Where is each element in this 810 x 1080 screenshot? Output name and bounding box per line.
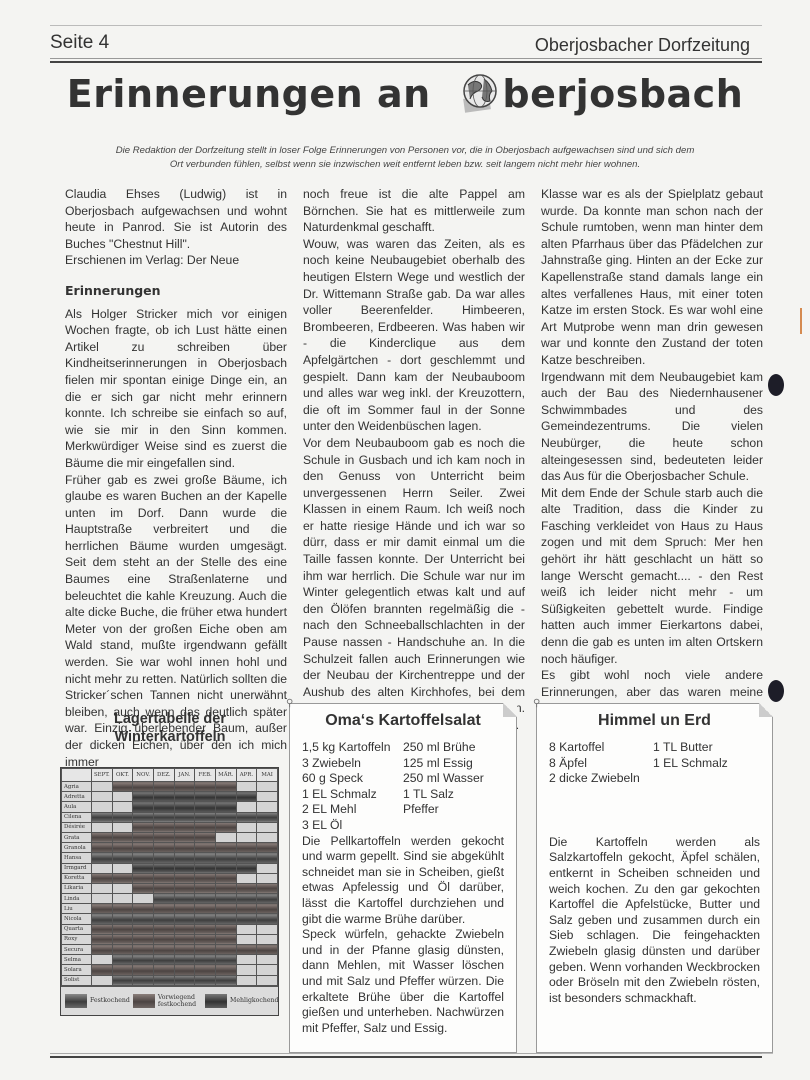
- paragraph: Als Holger Stricker mich vor einigen Woc…: [65, 306, 287, 472]
- intro-text: Die Redaktion der Dorfzeitung stellt in …: [110, 144, 700, 172]
- storage-cell-active: [92, 904, 113, 914]
- punch-hole: [768, 680, 784, 702]
- ingredient: 125 ml Essig: [403, 756, 504, 772]
- storage-cell-active: [174, 945, 195, 955]
- storage-cell-active: [92, 914, 113, 924]
- variety-name: Selma: [62, 955, 92, 965]
- storage-table: SEPT.OKT.NOV.DEZ.JAN.FEB.MÄR.APR.MAI Agr…: [60, 767, 279, 1016]
- pin-icon: ⚲: [533, 698, 540, 709]
- storage-cell-active: [215, 863, 236, 873]
- storage-cell-active: [133, 843, 154, 853]
- storage-cell-empty: [92, 975, 113, 985]
- storage-cell-active: [257, 883, 278, 893]
- storage-cell-empty: [236, 822, 257, 832]
- ingredients-right: 250 ml Brühe125 ml Essig250 ml Wasser1 T…: [403, 740, 504, 834]
- legend-swatch: [65, 994, 87, 1008]
- storage-cell-active: [112, 975, 133, 985]
- legend-item: Vorwiegend festkochend: [133, 994, 202, 1008]
- storage-cell-active: [174, 883, 195, 893]
- storage-cell-active: [215, 975, 236, 985]
- storage-cell-active: [174, 843, 195, 853]
- recipe-title: Oma‘s Kartoffelsalat: [290, 712, 516, 730]
- storage-cell-active: [133, 924, 154, 934]
- storage-cell-active: [174, 832, 195, 842]
- storage-cell-active: [133, 853, 154, 863]
- storage-cell-empty: [236, 802, 257, 812]
- storage-cell-empty: [257, 873, 278, 883]
- storage-cell-active: [133, 822, 154, 832]
- month-header: SEPT.: [92, 769, 113, 782]
- title-part2: berjosbach: [502, 72, 743, 116]
- storage-cell-active: [215, 782, 236, 792]
- storage-cell-active: [174, 894, 195, 904]
- storage-cell-active: [174, 965, 195, 975]
- ingredient: 3 EL Öl: [302, 818, 403, 834]
- storage-cell-active: [195, 822, 216, 832]
- paragraph: Vor dem Neubauboom gab es noch die Schul…: [303, 435, 525, 734]
- storage-cell-active: [153, 894, 174, 904]
- header-rule-thin: [50, 58, 762, 59]
- table-row: Hansa: [62, 853, 278, 863]
- storage-cell-active: [112, 955, 133, 965]
- storage-cell-active: [174, 914, 195, 924]
- storage-cell-active: [92, 924, 113, 934]
- ingredient: 1,5 kg Kartoffeln: [302, 740, 403, 756]
- table-row: Solara: [62, 965, 278, 975]
- legend-item: Festkochend: [65, 994, 130, 1008]
- table-row: Solist: [62, 975, 278, 985]
- paragraph: Mit dem Ende der Schule starb auch die a…: [541, 485, 763, 668]
- storage-cell-active: [133, 934, 154, 944]
- storage-cell-active: [112, 843, 133, 853]
- storage-cell-active: [215, 812, 236, 822]
- storage-cell-empty: [236, 965, 257, 975]
- storage-cell-active: [215, 904, 236, 914]
- table-row: Cilena: [62, 812, 278, 822]
- storage-cell-active: [174, 934, 195, 944]
- storage-cell-empty: [257, 832, 278, 842]
- table-row: Secura: [62, 945, 278, 955]
- variety-name: Irmgard: [62, 863, 92, 873]
- storage-cell-active: [153, 792, 174, 802]
- storage-cell-active: [153, 883, 174, 893]
- legend-label: Vorwiegend festkochend: [158, 994, 202, 1008]
- storage-cell-active: [92, 812, 113, 822]
- storage-cell-active: [153, 822, 174, 832]
- storage-cell-empty: [92, 894, 113, 904]
- storage-cell-empty: [92, 782, 113, 792]
- storage-cell-active: [92, 832, 113, 842]
- month-header: APR.: [236, 769, 257, 782]
- storage-cell-active: [153, 955, 174, 965]
- storage-cell-empty: [236, 955, 257, 965]
- storage-cell-empty: [112, 822, 133, 832]
- storage-cell-active: [112, 812, 133, 822]
- table-row: Adretta: [62, 792, 278, 802]
- month-header: FEB.: [195, 769, 216, 782]
- storage-cell-active: [153, 904, 174, 914]
- storage-cell-active: [195, 843, 216, 853]
- storage-cell-active: [236, 863, 257, 873]
- month-header: DEZ.: [153, 769, 174, 782]
- storage-cell-active: [236, 914, 257, 924]
- storage-cell-active: [153, 832, 174, 842]
- table-row: Nicola: [62, 914, 278, 924]
- variety-name: Secura: [62, 945, 92, 955]
- ingredient: 1 EL Schmalz: [302, 787, 403, 803]
- title-part1: Erinnerungen an: [67, 72, 431, 116]
- storage-cell-active: [112, 914, 133, 924]
- month-header: MÄR.: [215, 769, 236, 782]
- variety-name: Likaria: [62, 883, 92, 893]
- page-header: Seite 4 Oberjosbacher Dorfzeitung: [50, 30, 762, 60]
- storage-cell-active: [257, 945, 278, 955]
- storage-cell-empty: [92, 955, 113, 965]
- variety-name: Hansa: [62, 853, 92, 863]
- ingredients-right: 1 TL Butter1 EL Schmalz: [653, 740, 760, 787]
- publisher-note: Erschienen im Verlag: Der Neue: [65, 252, 287, 269]
- storage-cell-active: [133, 832, 154, 842]
- storage-cell-active: [133, 863, 154, 873]
- storage-cell-empty: [215, 832, 236, 842]
- ingredient: 8 Äpfel: [549, 756, 653, 772]
- storage-cell-active: [257, 853, 278, 863]
- variety-name: Aula: [62, 802, 92, 812]
- punch-hole: [768, 374, 784, 396]
- table-row: Désirée: [62, 822, 278, 832]
- variety-name: Koretta: [62, 873, 92, 883]
- storage-cell-active: [174, 924, 195, 934]
- storage-cell-empty: [257, 924, 278, 934]
- storage-cell-empty: [112, 802, 133, 812]
- table-row: Selma: [62, 955, 278, 965]
- storage-cell-empty: [112, 863, 133, 873]
- ingredient: 2 dicke Zwiebeln: [549, 771, 653, 787]
- storage-cell-active: [174, 782, 195, 792]
- variety-name: Nicola: [62, 914, 92, 924]
- storage-cell-empty: [257, 934, 278, 944]
- storage-cell-active: [257, 914, 278, 924]
- storage-cell-active: [133, 812, 154, 822]
- month-header: NOV.: [133, 769, 154, 782]
- storage-cell-active: [236, 853, 257, 863]
- paragraph: Klasse war es als der Spielplatz gebaut …: [541, 186, 763, 369]
- footer-rule: [50, 1056, 762, 1058]
- storage-cell-active: [195, 955, 216, 965]
- ingredient: 1 TL Salz: [403, 787, 504, 803]
- ingredient: 1 TL Butter: [653, 740, 760, 756]
- variety-name: Solist: [62, 975, 92, 985]
- storage-cell-active: [257, 894, 278, 904]
- table-row: Agria: [62, 782, 278, 792]
- storage-cell-active: [133, 883, 154, 893]
- storage-cell-active: [174, 853, 195, 863]
- storage-cell-active: [195, 975, 216, 985]
- margin-mark: [800, 308, 806, 334]
- storage-cell-active: [174, 863, 195, 873]
- table-row: Linda: [62, 894, 278, 904]
- table-row: Grata: [62, 832, 278, 842]
- storage-cell-active: [174, 802, 195, 812]
- variety-name: Solara: [62, 965, 92, 975]
- storage-cell-active: [215, 945, 236, 955]
- storage-cell-active: [215, 965, 236, 975]
- storage-cell-active: [174, 873, 195, 883]
- storage-cell-active: [195, 863, 216, 873]
- storage-cell-active: [153, 934, 174, 944]
- table-row: Likaria: [62, 883, 278, 893]
- storage-cell-empty: [112, 792, 133, 802]
- storage-cell-active: [195, 812, 216, 822]
- storage-cell-active: [257, 843, 278, 853]
- storage-cell-active: [195, 894, 216, 904]
- storage-cell-active: [153, 843, 174, 853]
- ingredients-left: 8 Kartoffel8 Äpfel2 dicke Zwiebeln: [549, 740, 653, 787]
- storage-cell-empty: [92, 802, 113, 812]
- storage-cell-active: [174, 904, 195, 914]
- storage-cell-active: [92, 965, 113, 975]
- legend-item: Mehligkochend: [205, 994, 274, 1008]
- storage-cell-active: [195, 904, 216, 914]
- storage-cell-active: [112, 873, 133, 883]
- storage-cell-active: [215, 802, 236, 812]
- storage-cell-active: [257, 812, 278, 822]
- storage-cell-active: [153, 873, 174, 883]
- storage-cell-empty: [133, 894, 154, 904]
- storage-cell-active: [112, 853, 133, 863]
- storage-cell-active: [195, 832, 216, 842]
- storage-cell-active: [215, 894, 236, 904]
- ingredient: 60 g Speck: [302, 771, 403, 787]
- paragraph: Irgendwann mit dem Neubaugebiet kam auch…: [541, 369, 763, 485]
- storage-cell-active: [195, 802, 216, 812]
- storage-cell-active: [174, 792, 195, 802]
- table-row: Irmgard: [62, 863, 278, 873]
- storage-cell-active: [153, 863, 174, 873]
- newspaper-name: Oberjosbacher Dorfzeitung: [535, 35, 750, 56]
- storage-cell-empty: [92, 792, 113, 802]
- storage-cell-active: [92, 843, 113, 853]
- storage-cell-active: [133, 873, 154, 883]
- table-row: Quarta: [62, 924, 278, 934]
- storage-cell-active: [195, 873, 216, 883]
- storage-cell-active: [215, 883, 236, 893]
- ingredient: 250 ml Brühe: [403, 740, 504, 756]
- paragraph: Wouw, was waren das Zeiten, als es noch …: [303, 236, 525, 435]
- storage-cell-empty: [236, 782, 257, 792]
- ingredient: 3 Zwiebeln: [302, 756, 403, 772]
- storage-cell-empty: [92, 822, 113, 832]
- article-column-2: noch freue ist die alte Pappel am Börnch…: [303, 186, 525, 734]
- variety-name: Granola: [62, 843, 92, 853]
- storage-cell-empty: [257, 822, 278, 832]
- storage-cell-active: [215, 843, 236, 853]
- month-header: JAN.: [174, 769, 195, 782]
- table-header-row: SEPT.OKT.NOV.DEZ.JAN.FEB.MÄR.APR.MAI: [62, 769, 278, 782]
- storage-cell-active: [236, 883, 257, 893]
- storage-cell-active: [133, 975, 154, 985]
- storage-cell-active: [133, 945, 154, 955]
- storage-cell-active: [236, 894, 257, 904]
- storage-cell-empty: [236, 924, 257, 934]
- storage-cell-empty: [92, 863, 113, 873]
- storage-cell-active: [153, 812, 174, 822]
- storage-cell-active: [133, 955, 154, 965]
- storage-cell-empty: [257, 792, 278, 802]
- table-row: Roxy: [62, 934, 278, 944]
- storage-cell-active: [215, 914, 236, 924]
- storage-cell-empty: [257, 975, 278, 985]
- storage-cell-active: [195, 934, 216, 944]
- storage-cell-active: [153, 914, 174, 924]
- storage-cell-active: [174, 975, 195, 985]
- storage-cell-active: [92, 934, 113, 944]
- variety-name: Adretta: [62, 792, 92, 802]
- variety-name: Désirée: [62, 822, 92, 832]
- storage-cell-active: [153, 924, 174, 934]
- ingredient: 1 EL Schmalz: [653, 756, 760, 772]
- storage-cell-active: [153, 782, 174, 792]
- corner-cell: [62, 769, 92, 782]
- storage-cell-active: [215, 792, 236, 802]
- top-rule: [50, 25, 762, 26]
- legend-swatch: [205, 994, 227, 1008]
- storage-cell-active: [215, 955, 236, 965]
- variety-name: Quarta: [62, 924, 92, 934]
- globe-icon: [460, 73, 500, 113]
- storage-cell-active: [92, 853, 113, 863]
- variety-name: Grata: [62, 832, 92, 842]
- header-rule: [50, 61, 762, 63]
- table-row: Aula: [62, 802, 278, 812]
- storage-cell-active: [195, 924, 216, 934]
- legend-swatch: [133, 994, 155, 1008]
- ingredient: 8 Kartoffel: [549, 740, 653, 756]
- storage-cell-active: [215, 873, 236, 883]
- storage-cell-active: [236, 945, 257, 955]
- storage-cell-empty: [236, 832, 257, 842]
- storage-cell-empty: [236, 975, 257, 985]
- table-row: Koretta: [62, 873, 278, 883]
- storage-cell-active: [195, 965, 216, 975]
- storage-cell-active: [215, 934, 236, 944]
- recipe-card-himmel-un-erd: ⚲ Himmel un Erd 8 Kartoffel8 Äpfel2 dick…: [536, 703, 773, 1053]
- author-bio: Claudia Ehses (Ludwig) ist in Oberjosbac…: [65, 186, 287, 252]
- storage-cell-active: [195, 782, 216, 792]
- recipe-step: Speck würfeln, gehackte Zwiebeln und in …: [302, 927, 504, 1036]
- paragraph: noch freue ist die alte Pappel am Börnch…: [303, 186, 525, 236]
- ingredients-left: 1,5 kg Kartoffeln3 Zwiebeln60 g Speck1 E…: [302, 740, 403, 834]
- storage-cell-active: [112, 782, 133, 792]
- storage-cell-active: [174, 955, 195, 965]
- ingredient-list: 1,5 kg Kartoffeln3 Zwiebeln60 g Speck1 E…: [290, 740, 516, 834]
- storage-cell-active: [236, 904, 257, 914]
- storage-cell-active: [153, 975, 174, 985]
- article-column-3: Klasse war es als der Spielplatz gebaut …: [541, 186, 763, 717]
- ingredient-list: 8 Kartoffel8 Äpfel2 dicke Zwiebeln 1 TL …: [537, 740, 772, 787]
- storage-cell-empty: [257, 955, 278, 965]
- page-fold-icon: [759, 703, 773, 717]
- storage-cell-active: [153, 945, 174, 955]
- storage-cell-active: [153, 853, 174, 863]
- variety-name: Roxy: [62, 934, 92, 944]
- storage-cell-active: [215, 853, 236, 863]
- storage-cell-active: [133, 914, 154, 924]
- page-title: Erinnerungen an berjosbach: [0, 72, 810, 116]
- storage-cell-active: [133, 782, 154, 792]
- storage-cell-active: [174, 812, 195, 822]
- ingredient: 2 EL Mehl: [302, 802, 403, 818]
- storage-cell-active: [236, 792, 257, 802]
- storage-cell-active: [215, 924, 236, 934]
- storage-cell-active: [133, 792, 154, 802]
- recipe-title: Himmel un Erd: [537, 712, 772, 730]
- storage-cell-active: [195, 914, 216, 924]
- storage-cell-active: [257, 904, 278, 914]
- storage-cell-empty: [236, 873, 257, 883]
- storage-cell-active: [112, 965, 133, 975]
- variety-name: Linda: [62, 894, 92, 904]
- storage-cell-active: [236, 812, 257, 822]
- storage-cell-empty: [257, 782, 278, 792]
- storage-cell-empty: [92, 883, 113, 893]
- ingredient: 250 ml Wasser: [403, 771, 504, 787]
- storage-cell-active: [112, 934, 133, 944]
- storage-cell-active: [133, 904, 154, 914]
- recipe-step: Die Pellkartoffeln werden gekocht und wa…: [302, 834, 504, 928]
- storage-cell-active: [195, 945, 216, 955]
- storage-cell-active: [112, 904, 133, 914]
- variety-name: Cilena: [62, 812, 92, 822]
- month-header: OKT.: [112, 769, 133, 782]
- storage-cell-active: [236, 843, 257, 853]
- storage-cell-active: [153, 965, 174, 975]
- storage-cell-empty: [112, 883, 133, 893]
- storage-cell-active: [112, 924, 133, 934]
- storage-cell-active: [195, 853, 216, 863]
- pin-icon: ⚲: [286, 698, 293, 709]
- storage-cell-active: [195, 792, 216, 802]
- storage-cell-active: [112, 945, 133, 955]
- storage-table-title: Lagertabelle der Winterkartoffeln: [80, 710, 260, 746]
- storage-cell-active: [133, 965, 154, 975]
- recipe-card-kartoffelsalat: ⚲ Oma‘s Kartoffelsalat 1,5 kg Kartoffeln…: [289, 703, 517, 1053]
- article-heading: Erinnerungen: [65, 283, 287, 300]
- legend-label: Mehligkochend: [230, 997, 274, 1004]
- footer-rule-thin: [50, 1053, 762, 1054]
- table-row: Liu: [62, 904, 278, 914]
- month-header: MAI: [257, 769, 278, 782]
- ingredient: Pfeffer: [403, 802, 504, 818]
- storage-cell-active: [92, 873, 113, 883]
- storage-cell-empty: [236, 934, 257, 944]
- page-number: Seite 4: [50, 32, 109, 54]
- storage-cell-empty: [257, 965, 278, 975]
- page-fold-icon: [503, 703, 517, 717]
- article-column-1: Claudia Ehses (Ludwig) ist in Oberjosbac…: [65, 186, 287, 770]
- variety-name: Liu: [62, 904, 92, 914]
- storage-cell-active: [133, 802, 154, 812]
- storage-cell-active: [112, 832, 133, 842]
- storage-cell-active: [92, 945, 113, 955]
- storage-cell-active: [195, 883, 216, 893]
- storage-legend: FestkochendVorwiegend festkochendMehligk…: [61, 986, 278, 1015]
- storage-cell-empty: [257, 802, 278, 812]
- recipe-step: Die Kartoffeln werden als Salzkartoffeln…: [549, 835, 760, 1007]
- variety-name: Agria: [62, 782, 92, 792]
- storage-cell-active: [174, 822, 195, 832]
- table-row: Granola: [62, 843, 278, 853]
